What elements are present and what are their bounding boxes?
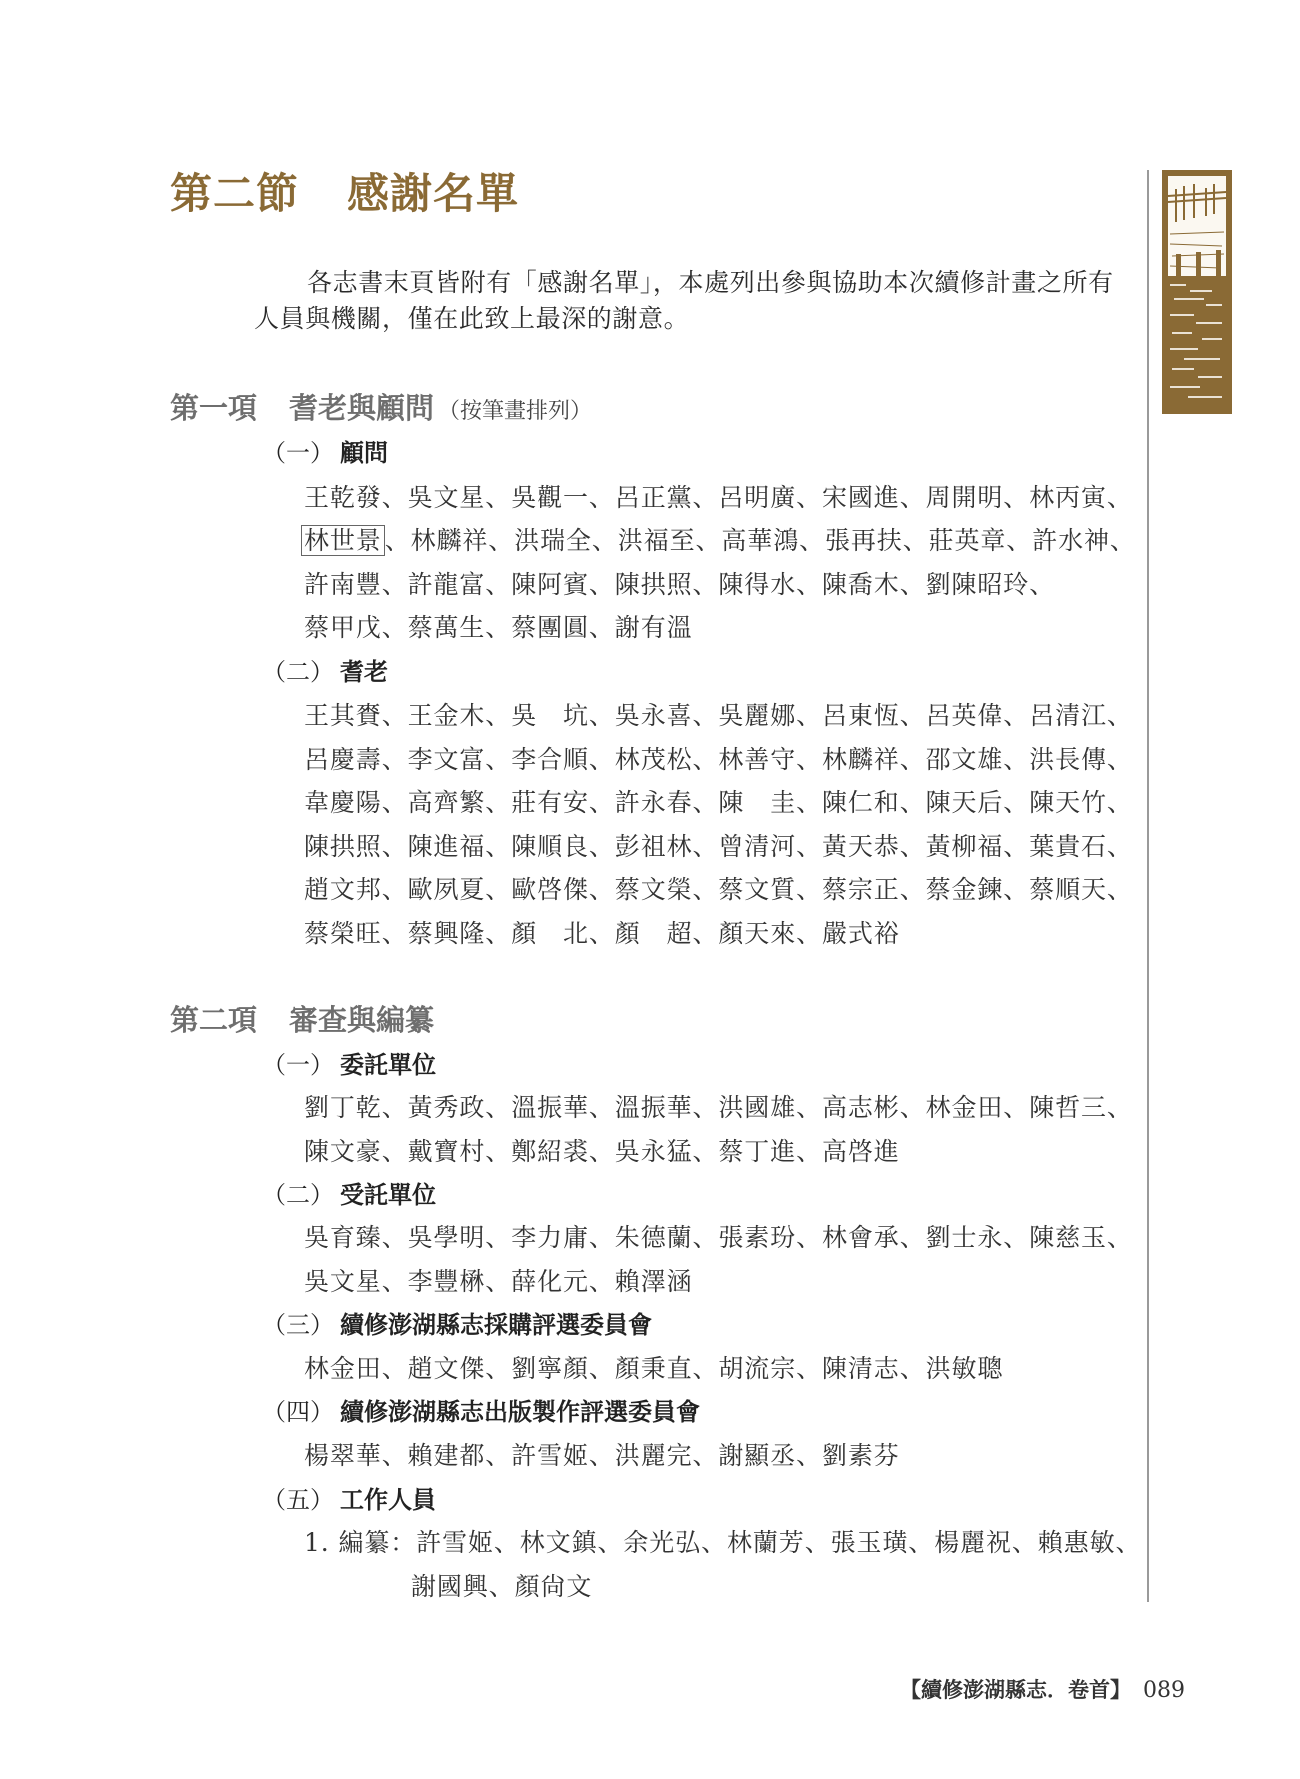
group-heading-procurement-committee: （三）續修澎湖縣志採購評選委員會 (262, 1309, 652, 1341)
group-title: 工作人員 (340, 1485, 436, 1514)
names-line: 吳文星、李豐楙、薛化元、賴澤涵 (304, 1266, 693, 1298)
intro-line-2: 人員與機關，僅在此致上最深的謝意。 (254, 300, 689, 337)
subsection-number: 第一項 (170, 391, 257, 425)
staff-item-editors: 1. 編纂：許雪姬、林文鎮、余光弘、林蘭芳、張玉璜、楊麗祝、賴惠敏、 (304, 1527, 1141, 1559)
names-line: 蔡甲戊、蔡萬生、蔡團圓、謝有溫 (304, 612, 693, 644)
names-line: 王乾發、吳文星、吳觀一、呂正黨、呂明廣、宋國進、周開明、林丙寅、 (304, 482, 1133, 514)
group-heading-advisors: （一）顧問 (262, 437, 388, 469)
group-heading-staff: （五）工作人員 (262, 1484, 436, 1516)
page-title: 第二節感謝名單 (170, 168, 519, 220)
group-heading-publication-committee: （四）續修澎湖縣志出版製作評選委員會 (262, 1396, 700, 1428)
subsection-heading-1: 第一項耆老與顧問（按筆畫排列） (170, 390, 592, 430)
names-line: 王其賚、王金木、吳 坑、吳永喜、吳麗娜、呂東恆、呂英偉、呂清江、 (304, 700, 1133, 732)
names-line: 吳育臻、吳學明、李力庸、朱德蘭、張素玢、林會承、劉士永、陳慈玉、 (304, 1222, 1133, 1254)
names-line: 趙文邦、歐夙夏、歐啓傑、蔡文榮、蔡文質、蔡宗正、蔡金鍊、蔡順天、 (304, 874, 1133, 906)
subsection-title: 耆老與顧問 (289, 391, 434, 425)
names-line: 蔡榮旺、蔡興隆、顏 北、顏 超、顏天來、嚴式裕 (304, 918, 900, 950)
names-line: 謝國興、顏尙文 (411, 1571, 592, 1603)
names-line: 陳文豪、戴寶村、鄭紹裘、吳永猛、蔡丁進、高啓進 (304, 1136, 900, 1168)
names-line: 韋慶陽、高齊繁、莊有安、許永春、陳 圭、陳仁和、陳天后、陳天竹、 (304, 787, 1133, 819)
staff-role-label: 1. 編纂： (304, 1528, 416, 1557)
group-title: 受託單位 (340, 1180, 436, 1209)
group-title: 耆老 (340, 657, 388, 686)
woodcut-seascape-icon (1162, 170, 1232, 414)
group-number: （三） (262, 1311, 334, 1339)
group-number: （二） (262, 1181, 334, 1209)
margin-rule (1147, 170, 1149, 1602)
subsection-note: （按筆畫排列） (438, 399, 592, 424)
names-line: 劉丁乾、黃秀政、溫振華、溫振華、洪國雄、高志彬、林金田、陳哲三、 (304, 1092, 1133, 1124)
names-line: 楊翠華、賴建都、許雪姬、洪麗完、謝顯丞、劉素芬 (304, 1440, 900, 1472)
subsection-number: 第二項 (170, 1003, 257, 1037)
group-number: （五） (262, 1486, 334, 1514)
book-title: 【續修澎湖縣志．卷首】 (900, 1677, 1131, 1702)
group-number: （一） (262, 439, 334, 467)
names-line: 陳拱照、陳進福、陳順良、彭祖林、曾清河、黃天恭、黃柳福、葉貴石、 (304, 831, 1133, 863)
section-number: 第二節 (170, 169, 299, 218)
names-line: 許雪姬、林文鎮、余光弘、林蘭芳、張玉璜、楊麗祝、賴惠敏、 (416, 1528, 1141, 1557)
names-line: 許南豐、許龍富、陳阿賓、陳拱照、陳得水、陳喬木、劉陳昭玲、 (304, 569, 1055, 601)
group-title: 顧問 (340, 438, 388, 467)
group-number: （二） (262, 658, 334, 686)
page-footer: 【續修澎湖縣志．卷首】089 (900, 1676, 1185, 1705)
subsection-heading-2: 第二項審查與編纂 (170, 1002, 434, 1038)
names-line: 呂慶壽、李文富、李合順、林茂松、林善守、林麟祥、邵文雄、洪長傳、 (304, 744, 1133, 776)
group-number: （四） (262, 1398, 334, 1426)
boxed-name: 林世景 (301, 525, 385, 556)
intro-line-1: 各志書末頁皆附有「感謝名單」，本處列出參與協助本次續修計畫之所有 (307, 264, 1114, 301)
names-line: 林世景、林麟祥、洪瑞全、洪福至、高華鴻、張再扶、莊英章、許水神、 (304, 525, 1136, 557)
group-title: 續修澎湖縣志出版製作評選委員會 (340, 1397, 700, 1426)
group-heading-commissioning: （一）委託單位 (262, 1049, 436, 1081)
group-heading-elders: （二）耆老 (262, 656, 388, 688)
page-number: 089 (1143, 1678, 1185, 1703)
subsection-title: 審查與編纂 (289, 1003, 434, 1037)
group-number: （一） (262, 1051, 334, 1079)
section-title: 感謝名單 (347, 169, 519, 218)
names-line-rest: 、林麟祥、洪瑞全、洪福至、高華鴻、張再扶、莊英章、許水神、 (385, 526, 1136, 555)
names-line: 林金田、趙文傑、劉寧顏、顏秉直、胡流宗、陳清志、洪敏聰 (304, 1353, 1003, 1385)
group-title: 委託單位 (340, 1050, 436, 1079)
group-heading-contracted: （二）受託單位 (262, 1179, 436, 1211)
group-title: 續修澎湖縣志採購評選委員會 (340, 1310, 652, 1339)
